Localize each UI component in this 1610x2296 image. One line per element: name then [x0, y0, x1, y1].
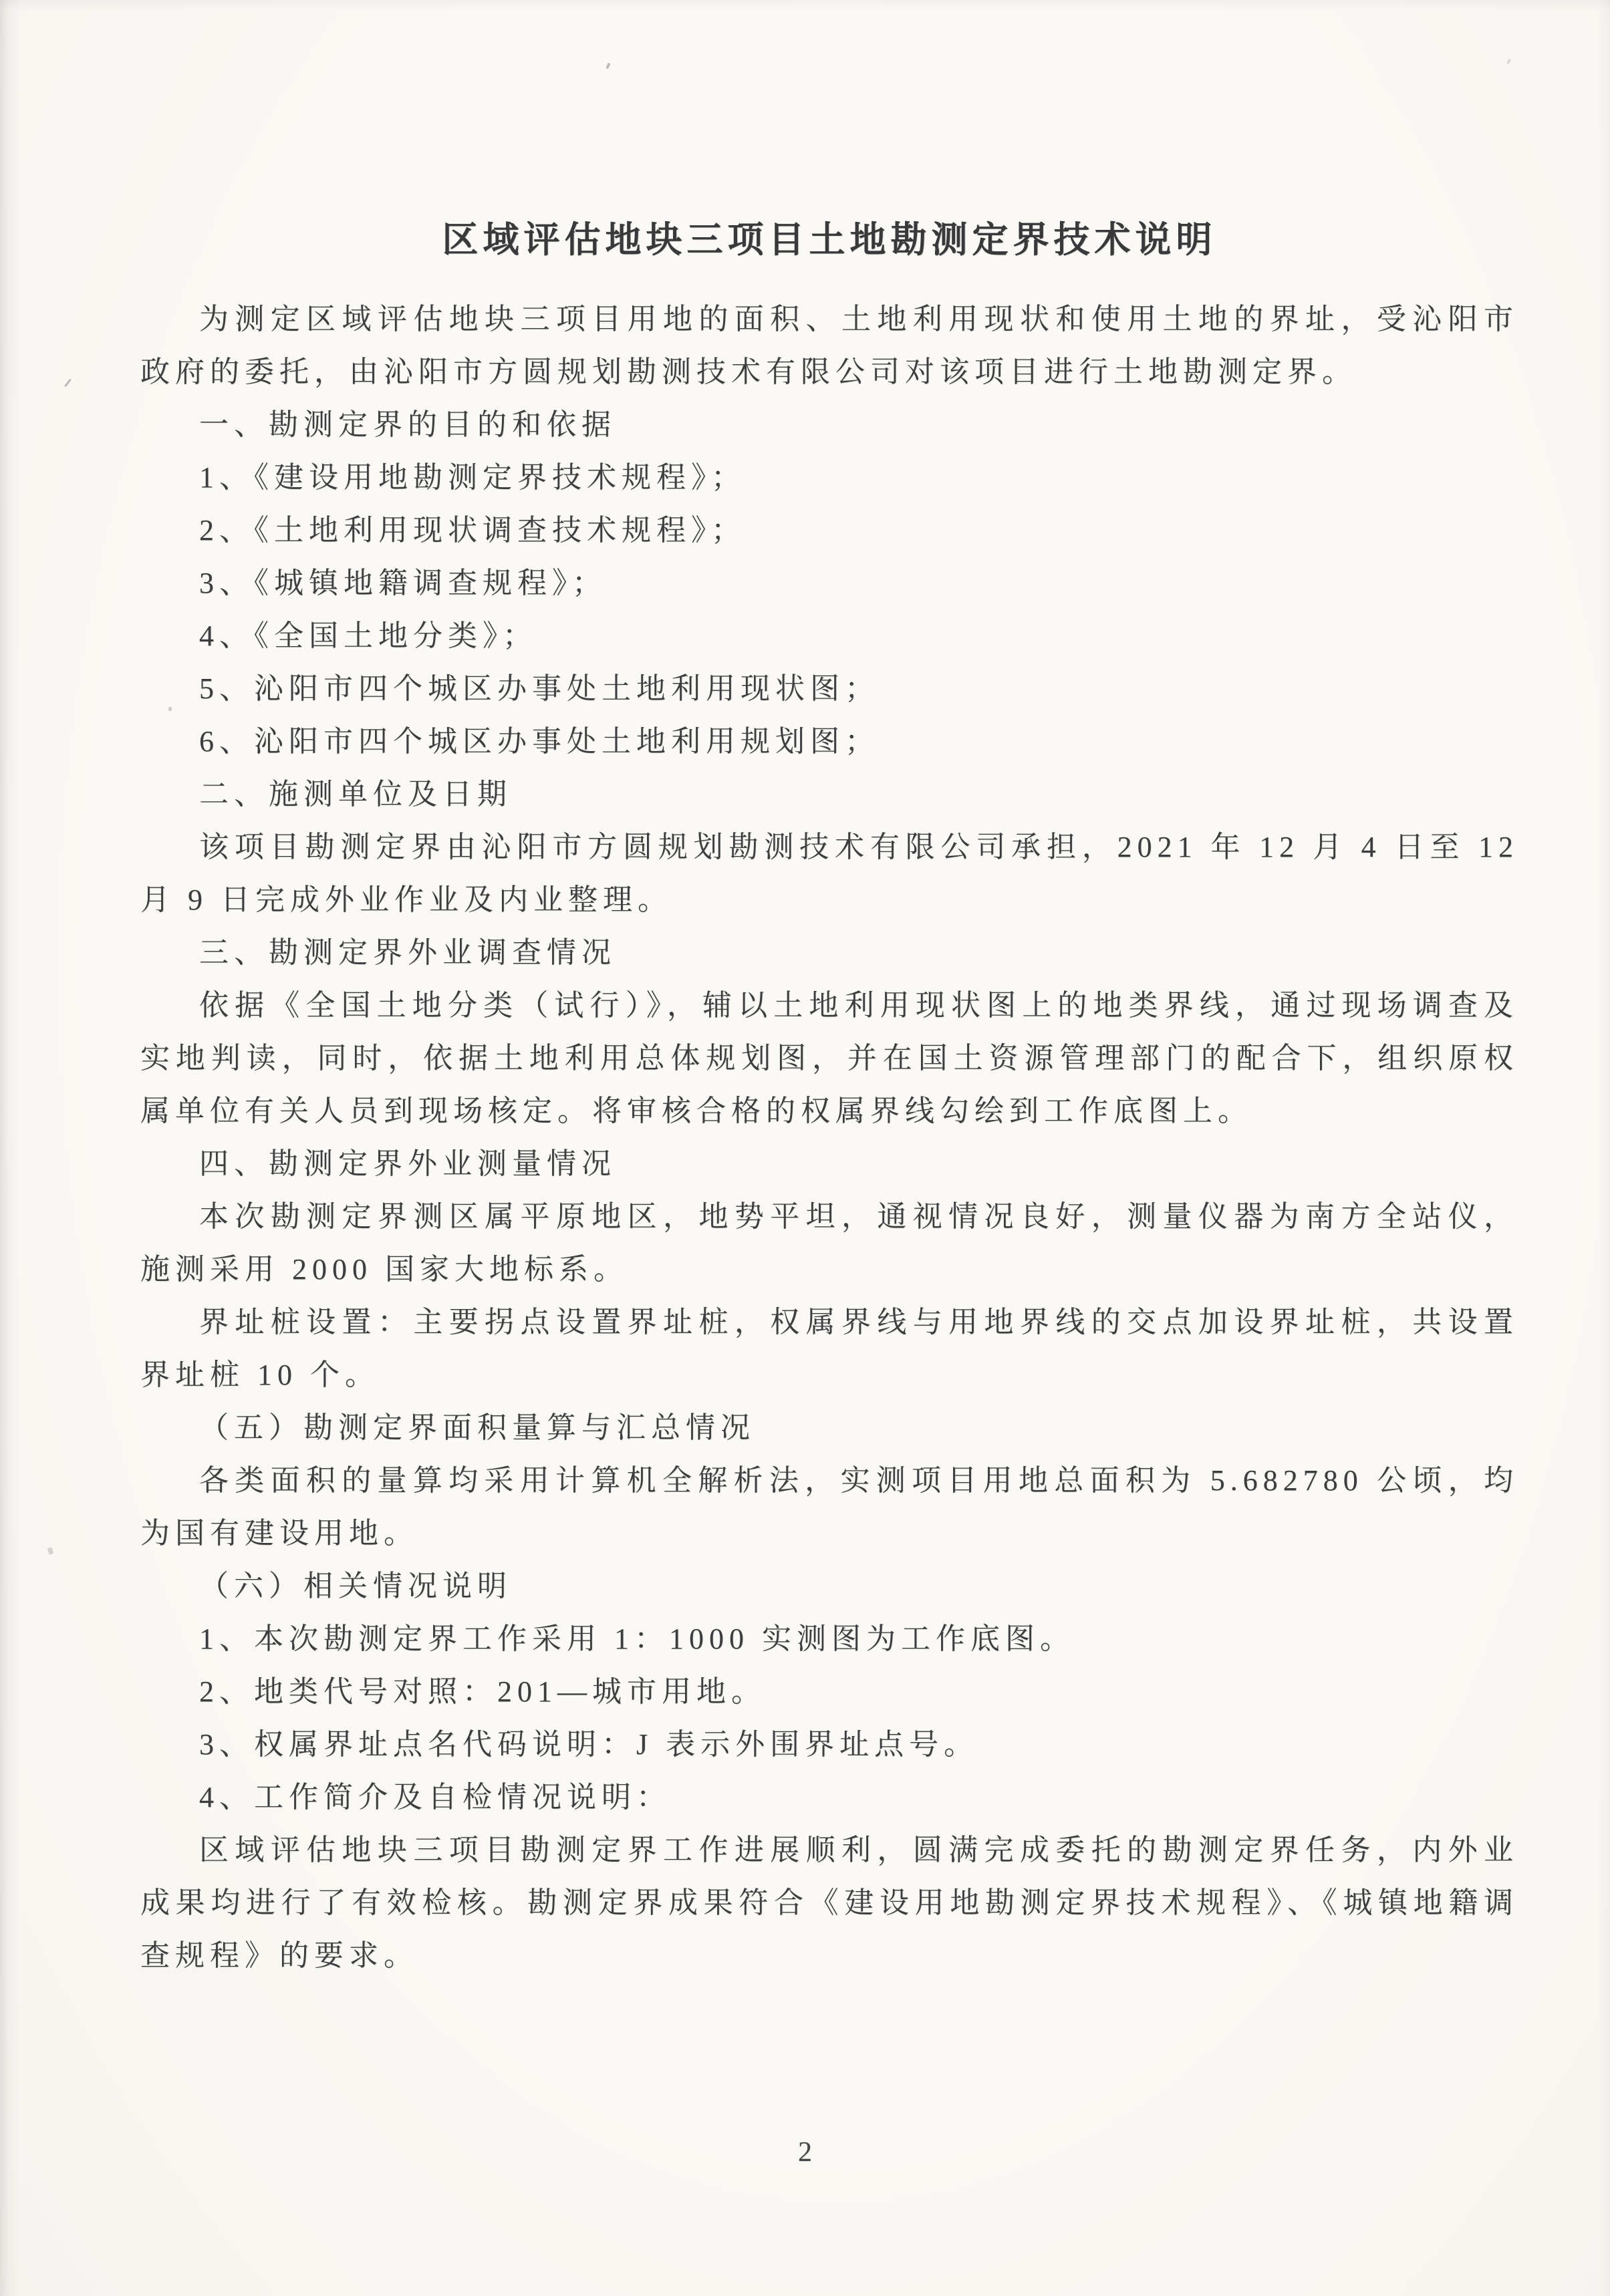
section-heading: 二、施测单位及日期: [140, 768, 1518, 821]
paragraph: 界址桩设置：主要拐点设置界址桩，权属界线与用地界线的交点加设界址桩，共设置界址桩…: [140, 1296, 1518, 1401]
section-heading: 四、勘测定界外业测量情况: [140, 1137, 1518, 1190]
list-item: 5、沁阳市四个城区办事处土地利用现状图；: [140, 662, 1518, 715]
page-number: 2: [0, 2136, 1610, 2169]
paragraph: 依据《全国土地分类（试行）》，辅以土地利用现状图上的地类界线，通过现场调查及实地…: [140, 979, 1518, 1137]
list-item: 2、地类代号对照：201—城市用地。: [140, 1665, 1518, 1718]
document-body: 区域评估地块三项目土地勘测定界技术说明 为测定区域评估地块三项目用地的面积、土地…: [140, 214, 1518, 1982]
paragraph: 为测定区域评估地块三项目用地的面积、土地利用现状和使用土地的界址，受沁阳市政府的…: [140, 293, 1518, 398]
document-page: 区域评估地块三项目土地勘测定界技术说明 为测定区域评估地块三项目用地的面积、土地…: [0, 0, 1610, 2296]
list-item: 4、工作简介及自检情况说明：: [140, 1771, 1518, 1824]
section-heading: （五）勘测定界面积量算与汇总情况: [140, 1401, 1518, 1454]
section-heading: 一、勘测定界的目的和依据: [140, 398, 1518, 451]
section-heading: （六）相关情况说明: [140, 1560, 1518, 1612]
scan-speckle: [47, 1547, 54, 1555]
list-item: 6、沁阳市四个城区办事处土地利用规划图；: [140, 715, 1518, 768]
paragraph: 本次勘测定界测区属平原地区，地势平坦，通视情况良好，测量仪器为南方全站仪，施测采…: [140, 1190, 1518, 1296]
list-item: 3、《城镇地籍调查规程》；: [140, 557, 1518, 609]
scan-speckle: [1506, 59, 1511, 64]
document-title: 区域评估地块三项目土地勘测定界技术说明: [140, 214, 1518, 266]
list-item: 1、《建设用地勘测定界技术规程》；: [140, 451, 1518, 504]
paragraph: 该项目勘测定界由沁阳市方圆规划勘测技术有限公司承担，2021 年 12 月 4 …: [140, 821, 1518, 926]
scan-speckle: [606, 63, 610, 69]
list-item: 4、《全国土地分类》；: [140, 609, 1518, 662]
list-item: 3、权属界址点名代码说明：J 表示外围界址点号。: [140, 1718, 1518, 1771]
paragraph: 各类面积的量算均采用计算机全解析法，实测项目用地总面积为 5.682780 公顷…: [140, 1454, 1518, 1560]
paragraph: 区域评估地块三项目勘测定界工作进展顺利，圆满完成委托的勘测定界任务，内外业成果均…: [140, 1824, 1518, 1982]
list-item: 1、本次勘测定界工作采用 1：1000 实测图为工作底图。: [140, 1612, 1518, 1665]
scan-speckle: [64, 379, 72, 388]
list-item: 2、《土地利用现状调查技术规程》；: [140, 504, 1518, 557]
section-heading: 三、勘测定界外业调查情况: [140, 926, 1518, 979]
